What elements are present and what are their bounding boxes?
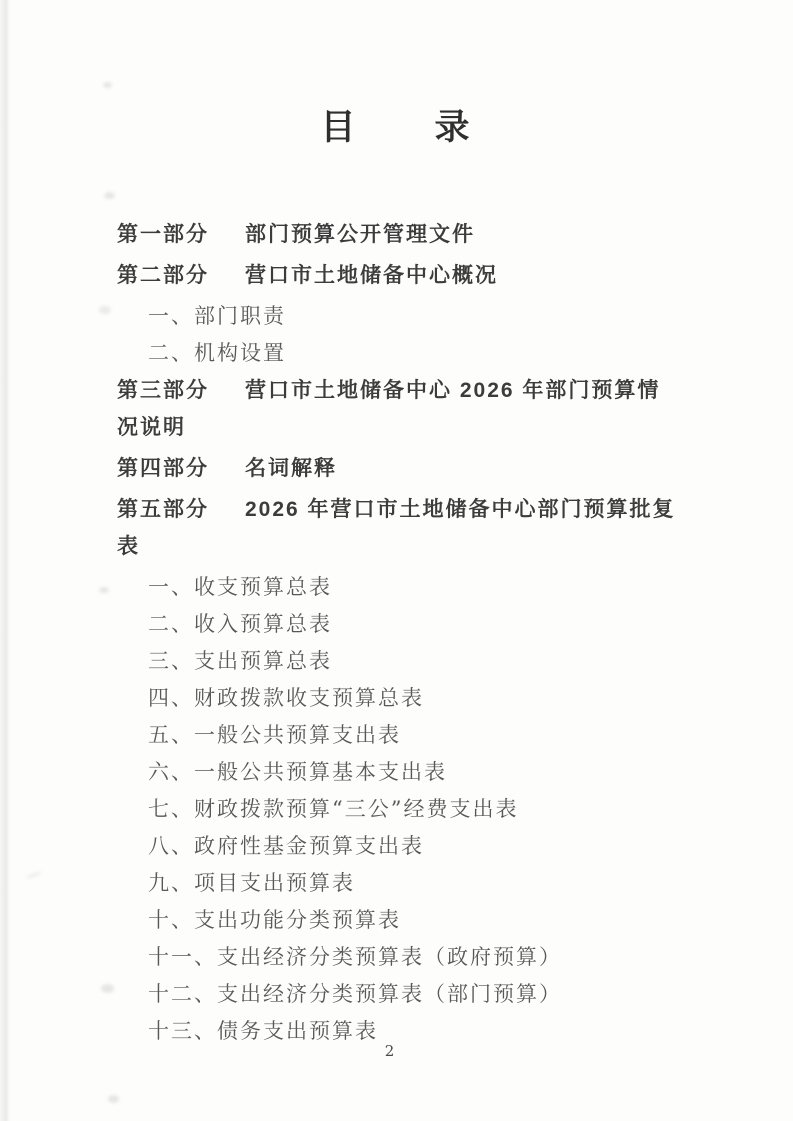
scan-smudge bbox=[104, 192, 115, 199]
scan-smudge bbox=[103, 82, 112, 88]
toc-item: 一、收支预算总表 bbox=[117, 569, 682, 606]
toc-item: 二、收入预算总表 bbox=[117, 606, 682, 643]
page-title: 目 录 bbox=[0, 100, 793, 150]
toc-item: 三、支出预算总表 bbox=[117, 643, 682, 680]
toc-item: 十一、支出经济分类预算表（政府预算） bbox=[117, 939, 682, 976]
toc-section-4-label: 第四部分 bbox=[117, 450, 245, 487]
scan-smudge bbox=[108, 1095, 119, 1103]
toc-item: 九、项目支出预算表 bbox=[117, 865, 682, 902]
toc-item: 十二、支出经济分类预算表（部门预算） bbox=[117, 976, 682, 1013]
toc-item: 八、政府性基金预算支出表 bbox=[117, 828, 682, 865]
toc-item: 四、财政拨款收支预算总表 bbox=[117, 680, 682, 717]
toc-section-3-label: 第三部分 bbox=[117, 372, 245, 409]
toc-item: 五、一般公共预算支出表 bbox=[117, 717, 682, 754]
toc-section-2-title: 营口市土地储备中心概况 bbox=[245, 264, 498, 287]
scan-edge-shadow bbox=[0, 0, 11, 1121]
toc-section-2-label: 第二部分 bbox=[117, 257, 245, 294]
toc-section-5-label: 第五部分 bbox=[117, 491, 245, 528]
toc-item: 一、部门职责 bbox=[117, 298, 682, 335]
scanned-document-page: 目 录 第一部分部门预算公开管理文件 第二部分营口市土地储备中心概况 一、部门职… bbox=[0, 0, 793, 1121]
scan-smudge bbox=[99, 587, 109, 593]
table-of-contents: 第一部分部门预算公开管理文件 第二部分营口市土地储备中心概况 一、部门职责 二、… bbox=[117, 216, 682, 1050]
toc-section-5: 第五部分2026 年营口市土地储备中心部门预算批复表 bbox=[117, 491, 682, 565]
scan-smudge bbox=[26, 871, 42, 880]
toc-item: 七、财政拨款预算“三公”经费支出表 bbox=[117, 791, 682, 828]
page-number: 2 bbox=[0, 1042, 786, 1060]
toc-section-1-label: 第一部分 bbox=[117, 216, 245, 253]
scan-smudge bbox=[101, 984, 114, 993]
toc-item: 六、一般公共预算基本支出表 bbox=[117, 754, 682, 791]
toc-section-2: 第二部分营口市土地储备中心概况 bbox=[117, 257, 682, 294]
toc-section-4-title: 名词解释 bbox=[245, 457, 337, 480]
toc-section-1: 第一部分部门预算公开管理文件 bbox=[117, 216, 682, 253]
toc-section-4: 第四部分名词解释 bbox=[117, 450, 682, 487]
toc-section-3: 第三部分营口市土地储备中心 2026 年部门预算情况说明 bbox=[117, 372, 682, 446]
scan-smudge bbox=[99, 306, 111, 314]
toc-item: 十、支出功能分类预算表 bbox=[117, 902, 682, 939]
toc-item: 二、机构设置 bbox=[117, 335, 682, 372]
toc-section-1-title: 部门预算公开管理文件 bbox=[245, 223, 475, 246]
